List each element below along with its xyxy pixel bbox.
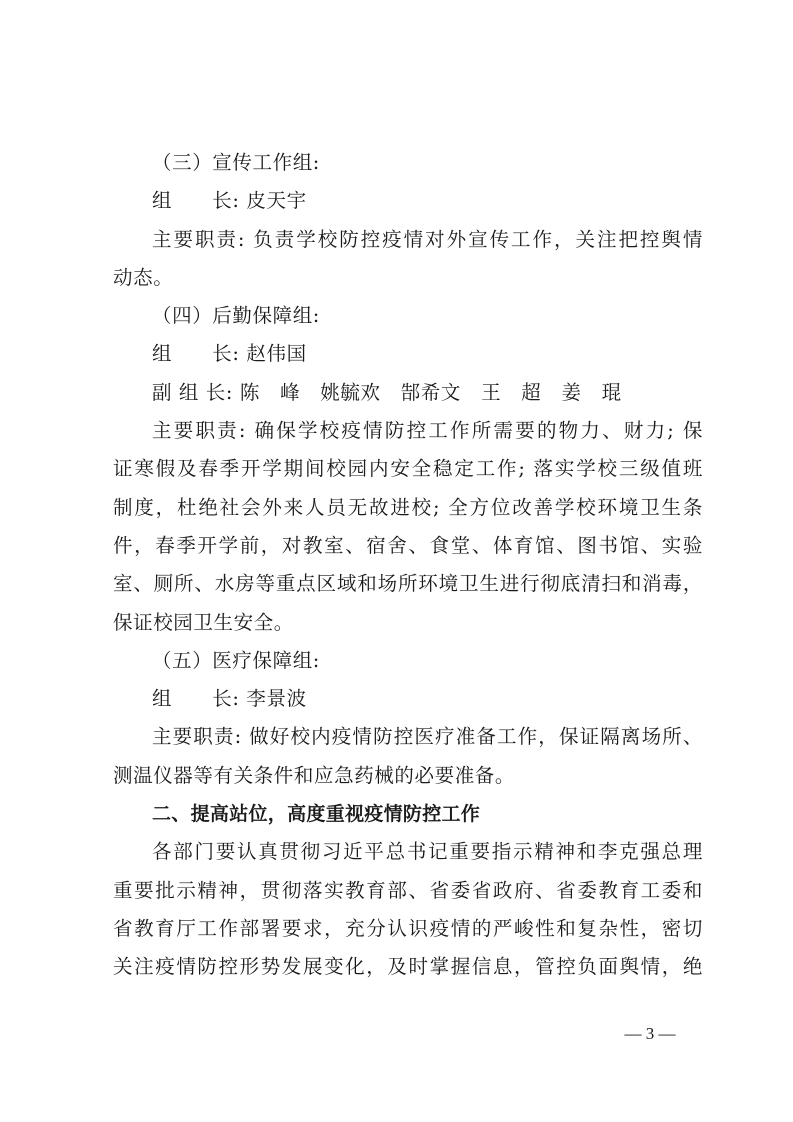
body-paragraph-cont: 关注疫情防控形势发展变化，及时掌握信息，管控负面舆情，绝 (113, 948, 703, 986)
page-number: — 3 — (610, 1024, 690, 1044)
duties-paragraph: 主要职责: 负责学校防控疫情对外宣传工作，关注把控舆情 (113, 221, 703, 259)
heading-publicity-group: （三）宣传工作组: (113, 144, 703, 182)
duties-paragraph: 主要职责: 做好校内疫情防控医疗准备工作，保证隔离场所、 (113, 718, 703, 756)
duties-paragraph-cont: 室、厕所、水房等重点区域和场所环境卫生进行彻底清扫和消毒， (113, 565, 703, 603)
duties-paragraph: 主要职责: 确保学校疫情防控工作所需要的物力、财力; 保 (113, 412, 703, 450)
group-leader-line: 组 长: 赵伟国 (113, 335, 703, 373)
document-body: （三）宣传工作组: 组 长: 皮天宇 主要职责: 负责学校防控疫情对外宣传工作，… (113, 144, 703, 987)
section-heading: 二、提高站位，高度重视疫情防控工作 (113, 795, 703, 833)
deputy-leader-line: 副 组 长: 陈 峰 姚毓欢 郜希文 王 超 姜 琨 (113, 374, 703, 412)
duties-paragraph-cont: 动态。 (113, 259, 703, 297)
duties-paragraph-cont: 证寒假及春季开学期间校园内安全稳定工作; 落实学校三级值班 (113, 450, 703, 488)
body-paragraph-cont: 重要批示精神，贯彻落实教育部、省委省政府、省委教育工委和 (113, 872, 703, 910)
duties-paragraph-cont: 测温仪器等有关条件和应急药械的必要准备。 (113, 757, 703, 795)
duties-paragraph-cont: 件，春季开学前，对教室、宿舍、食堂、体育馆、图书馆、实验 (113, 527, 703, 565)
heading-medical-group: （五）医疗保障组: (113, 642, 703, 680)
group-leader-line: 组 长: 皮天宇 (113, 182, 703, 220)
group-leader-line: 组 长: 李景波 (113, 680, 703, 718)
heading-logistics-group: （四）后勤保障组: (113, 297, 703, 335)
body-paragraph: 各部门要认真贯彻习近平总书记重要指示精神和李克强总理 (113, 833, 703, 871)
duties-paragraph-cont: 保证校园卫生安全。 (113, 604, 703, 642)
body-paragraph-cont: 省教育厅工作部署要求，充分认识疫情的严峻性和复杂性，密切 (113, 910, 703, 948)
duties-paragraph-cont: 制度，杜绝社会外来人员无故进校; 全方位改善学校环境卫生条 (113, 489, 703, 527)
